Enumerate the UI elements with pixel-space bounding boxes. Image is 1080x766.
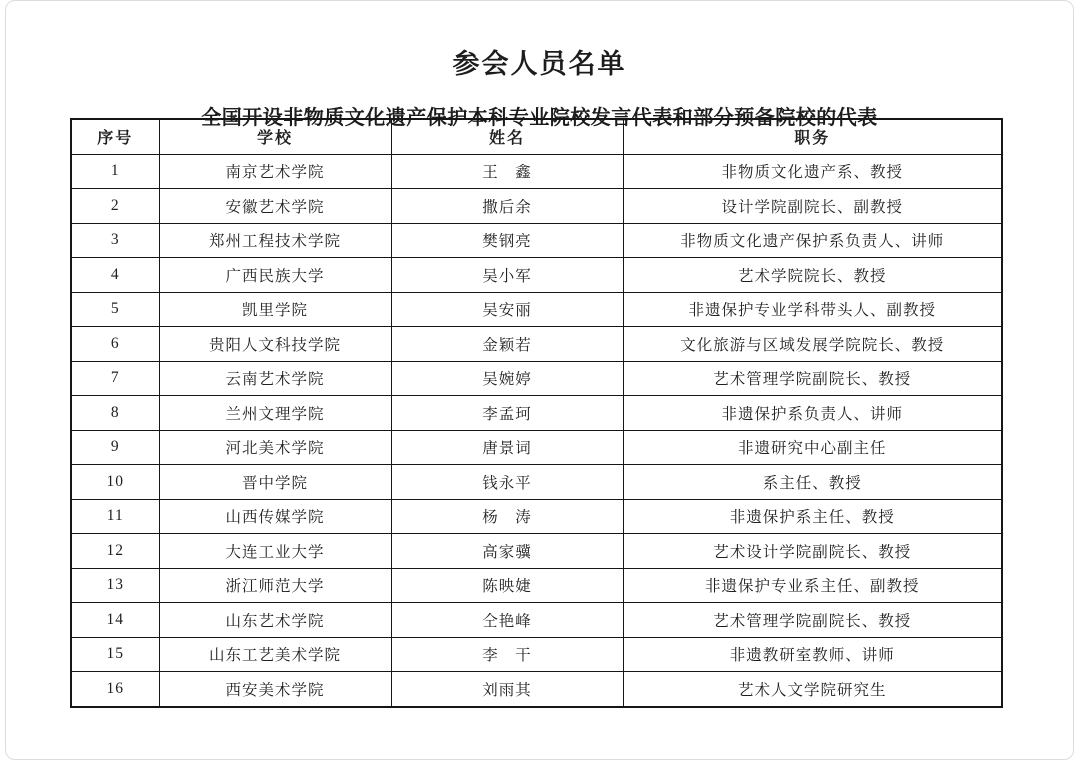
cell-no: 2 xyxy=(71,189,159,224)
cell-no: 4 xyxy=(71,258,159,293)
table-row: 10晋中学院钱永平系主任、教授 xyxy=(71,465,1002,500)
cell-school: 西安美术学院 xyxy=(159,672,391,707)
col-header-school: 学校 xyxy=(159,119,391,154)
cell-school: 兰州文理学院 xyxy=(159,396,391,431)
cell-school: 贵阳人文科技学院 xyxy=(159,327,391,362)
table-row: 4广西民族大学吴小军艺术学院院长、教授 xyxy=(71,258,1002,293)
cell-school: 南京艺术学院 xyxy=(159,154,391,189)
participants-table-header: 序号 学校 姓名 职务 xyxy=(71,119,1002,154)
table-row: 15山东工艺美术学院李 干非遗教研室教师、讲师 xyxy=(71,637,1002,672)
table-row: 7云南艺术学院吴婉婷艺术管理学院副院长、教授 xyxy=(71,361,1002,396)
participants-table: 序号 学校 姓名 职务 1南京艺术学院王 鑫非物质文化遗产系、教授2安徽艺术学院… xyxy=(70,118,1003,708)
cell-title: 艺术人文学院研究生 xyxy=(623,672,1002,707)
cell-school: 大连工业大学 xyxy=(159,534,391,569)
cell-name: 吴小军 xyxy=(391,258,623,293)
cell-school: 晋中学院 xyxy=(159,465,391,500)
table-row: 5凯里学院吴安丽非遗保护专业学科带头人、副教授 xyxy=(71,292,1002,327)
cell-no: 15 xyxy=(71,637,159,672)
cell-name: 刘雨其 xyxy=(391,672,623,707)
cell-school: 安徽艺术学院 xyxy=(159,189,391,224)
table-row: 8兰州文理学院李孟珂非遗保护系负责人、讲师 xyxy=(71,396,1002,431)
col-header-title: 职务 xyxy=(623,119,1002,154)
cell-name: 李 干 xyxy=(391,637,623,672)
cell-no: 5 xyxy=(71,292,159,327)
cell-name: 金颖若 xyxy=(391,327,623,362)
cell-name: 撒后余 xyxy=(391,189,623,224)
cell-school: 浙江师范大学 xyxy=(159,568,391,603)
cell-title: 非遗保护系主任、教授 xyxy=(623,499,1002,534)
cell-school: 河北美术学院 xyxy=(159,430,391,465)
table-row: 3郑州工程技术学院樊钢亮非物质文化遗产保护系负责人、讲师 xyxy=(71,223,1002,258)
cell-no: 7 xyxy=(71,361,159,396)
cell-no: 6 xyxy=(71,327,159,362)
page-title: 参会人员名单 xyxy=(6,42,1073,81)
table-row: 12大连工业大学高家骥艺术设计学院副院长、教授 xyxy=(71,534,1002,569)
cell-title: 非遗研究中心副主任 xyxy=(623,430,1002,465)
table-row: 13浙江师范大学陈映婕非遗保护专业系主任、副教授 xyxy=(71,568,1002,603)
cell-school: 郑州工程技术学院 xyxy=(159,223,391,258)
cell-title: 设计学院副院长、副教授 xyxy=(623,189,1002,224)
cell-name: 仝艳峰 xyxy=(391,603,623,638)
header-row: 序号 学校 姓名 职务 xyxy=(71,119,1002,154)
col-header-name: 姓名 xyxy=(391,119,623,154)
cell-no: 1 xyxy=(71,154,159,189)
cell-title: 系主任、教授 xyxy=(623,465,1002,500)
cell-no: 11 xyxy=(71,499,159,534)
cell-title: 艺术管理学院副院长、教授 xyxy=(623,361,1002,396)
cell-name: 李孟珂 xyxy=(391,396,623,431)
cell-no: 14 xyxy=(71,603,159,638)
table-row: 9河北美术学院唐景词非遗研究中心副主任 xyxy=(71,430,1002,465)
cell-name: 吴婉婷 xyxy=(391,361,623,396)
cell-title: 非遗保护系负责人、讲师 xyxy=(623,396,1002,431)
cell-title: 非遗保护专业系主任、副教授 xyxy=(623,568,1002,603)
cell-name: 陈映婕 xyxy=(391,568,623,603)
cell-school: 山东工艺美术学院 xyxy=(159,637,391,672)
cell-name: 杨 涛 xyxy=(391,499,623,534)
table-row: 2安徽艺术学院撒后余设计学院副院长、副教授 xyxy=(71,189,1002,224)
cell-name: 王 鑫 xyxy=(391,154,623,189)
cell-no: 16 xyxy=(71,672,159,707)
cell-name: 唐景词 xyxy=(391,430,623,465)
table-row: 6贵阳人文科技学院金颖若文化旅游与区域发展学院院长、教授 xyxy=(71,327,1002,362)
cell-title: 艺术管理学院副院长、教授 xyxy=(623,603,1002,638)
table-row: 16西安美术学院刘雨其艺术人文学院研究生 xyxy=(71,672,1002,707)
cell-school: 山西传媒学院 xyxy=(159,499,391,534)
cell-title: 非物质文化遗产保护系负责人、讲师 xyxy=(623,223,1002,258)
col-header-no: 序号 xyxy=(71,119,159,154)
cell-name: 钱永平 xyxy=(391,465,623,500)
participants-table-body: 1南京艺术学院王 鑫非物质文化遗产系、教授2安徽艺术学院撒后余设计学院副院长、副… xyxy=(71,154,1002,707)
cell-no: 13 xyxy=(71,568,159,603)
cell-name: 高家骥 xyxy=(391,534,623,569)
cell-school: 云南艺术学院 xyxy=(159,361,391,396)
cell-title: 艺术学院院长、教授 xyxy=(623,258,1002,293)
cell-title: 非物质文化遗产系、教授 xyxy=(623,154,1002,189)
cell-no: 8 xyxy=(71,396,159,431)
cell-name: 吴安丽 xyxy=(391,292,623,327)
cell-no: 10 xyxy=(71,465,159,500)
cell-title: 非遗教研室教师、讲师 xyxy=(623,637,1002,672)
table-row: 1南京艺术学院王 鑫非物质文化遗产系、教授 xyxy=(71,154,1002,189)
cell-school: 山东艺术学院 xyxy=(159,603,391,638)
cell-title: 艺术设计学院副院长、教授 xyxy=(623,534,1002,569)
document-page: 参会人员名单 全国开设非物质文化遗产保护本科专业院校发言代表和部分预备院校的代表… xyxy=(5,0,1074,760)
table-row: 11山西传媒学院杨 涛非遗保护系主任、教授 xyxy=(71,499,1002,534)
cell-name: 樊钢亮 xyxy=(391,223,623,258)
cell-no: 3 xyxy=(71,223,159,258)
cell-school: 凯里学院 xyxy=(159,292,391,327)
cell-title: 非遗保护专业学科带头人、副教授 xyxy=(623,292,1002,327)
table-row: 14山东艺术学院仝艳峰艺术管理学院副院长、教授 xyxy=(71,603,1002,638)
cell-school: 广西民族大学 xyxy=(159,258,391,293)
cell-title: 文化旅游与区域发展学院院长、教授 xyxy=(623,327,1002,362)
cell-no: 9 xyxy=(71,430,159,465)
cell-no: 12 xyxy=(71,534,159,569)
